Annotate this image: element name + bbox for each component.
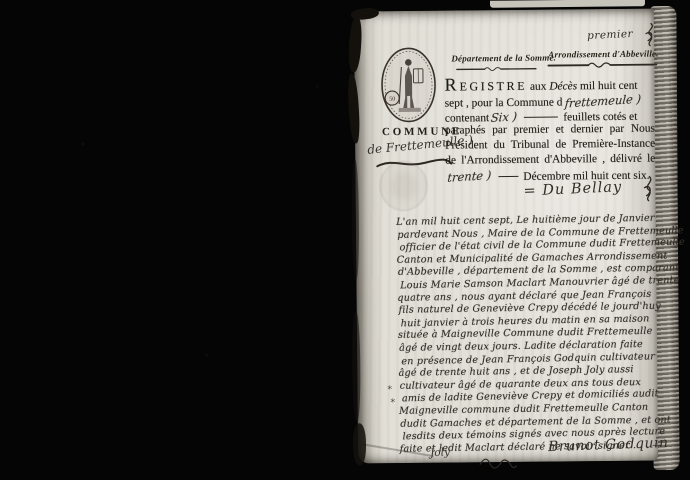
title-line: Président du Tribunal de Première-Instan… bbox=[445, 138, 655, 152]
handwritten-day-fill: trente ) bbox=[447, 168, 492, 185]
seg-commune: sept , pour la Commune d bbox=[445, 96, 563, 109]
seg-year: mil huit cent bbox=[580, 80, 638, 93]
paraph-flourish-icon bbox=[642, 22, 658, 48]
president-signature: = Du Bellay bbox=[523, 179, 622, 199]
arrondissement-header: Arrondissement d'Abbeville. bbox=[548, 49, 658, 60]
seg-feuillets: feuillets cotés et bbox=[563, 111, 637, 124]
embossed-seal bbox=[379, 161, 427, 211]
decorative-underline bbox=[455, 65, 537, 74]
torn-edge bbox=[347, 73, 361, 143]
margin-mark: * bbox=[391, 398, 396, 408]
scanned-register-page: premier Département de la Somme. Arrondi… bbox=[0, 0, 690, 480]
signature-row: Joly Brunot Godquin bbox=[400, 437, 656, 465]
handwritten-count-fill: Six ) bbox=[491, 109, 518, 125]
torn-edge bbox=[347, 16, 362, 73]
title-line: de l'Arrondissement d'Abbeville , délivr… bbox=[445, 153, 655, 167]
word-deces: Décès bbox=[549, 80, 577, 92]
paraph-flourish-icon bbox=[641, 175, 656, 203]
witness-signature-godquin: Brunot Godquin bbox=[548, 435, 669, 455]
blank-rule bbox=[498, 176, 518, 177]
register-sheet: premier Département de la Somme. Arrondi… bbox=[354, 9, 658, 464]
folio-note: premier bbox=[587, 28, 634, 42]
handwritten-entry: L'an mil huit cent sept, Le huitième jou… bbox=[397, 213, 657, 456]
revenue-stamp-icon: 50 bbox=[379, 46, 438, 125]
title-line: trente )Décembre mil huit cent six. bbox=[445, 168, 655, 184]
torn-edge bbox=[351, 159, 359, 279]
word-aux: aux bbox=[530, 81, 547, 93]
witness-signature-joly: Joly bbox=[430, 446, 451, 460]
blank-rule bbox=[524, 116, 558, 118]
decorative-underline bbox=[546, 61, 658, 70]
department-header: Département de la Somme. bbox=[451, 53, 556, 64]
printed-register-title: REGISTRE aux Décès mil huit cent sept , … bbox=[444, 9, 654, 11]
paraph-flourish-icon bbox=[478, 456, 518, 470]
torn-edge bbox=[352, 311, 361, 421]
handwritten-commune-fill: frettemeule ) bbox=[564, 92, 641, 111]
torn-edge bbox=[350, 7, 379, 21]
title-line: paraphés par premier et dernier par Nous bbox=[445, 123, 655, 137]
stamp-value: 50 bbox=[389, 97, 395, 103]
margin-mark: * bbox=[387, 385, 392, 395]
adjacent-page-edge bbox=[490, 0, 645, 8]
title-line: sept , pour la Commune dfrettemeule ) bbox=[445, 94, 655, 110]
seg-contenant: contenant bbox=[445, 112, 489, 124]
word-registre: REGISTRE bbox=[444, 74, 527, 96]
